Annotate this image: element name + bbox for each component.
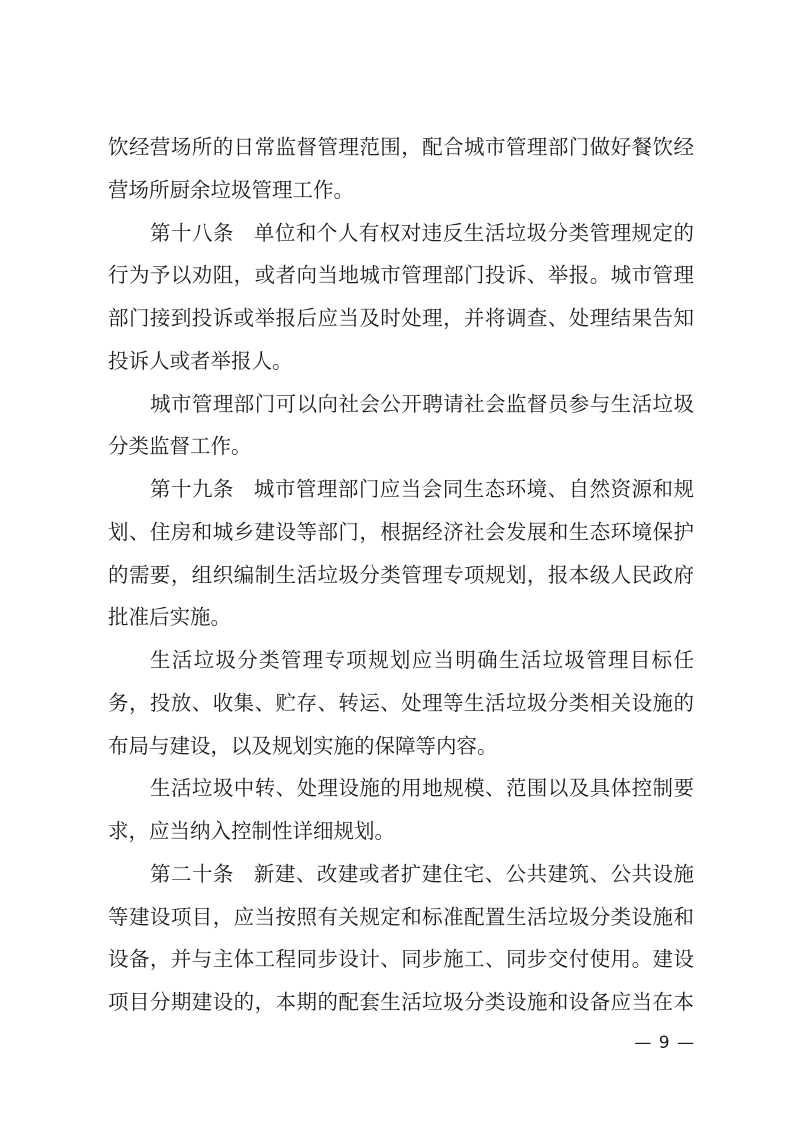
text-line: 饮经营场所的日常监督管理范围，配合城市管理部门做好餐饮经 xyxy=(108,126,694,169)
document-page: 饮经营场所的日常监督管理范围，配合城市管理部门做好餐饮经 营场所厨余垃圾管理工作… xyxy=(0,0,793,1122)
article-20-first-line: 第二十条新建、改建或者扩建住宅、公共建筑、公共设施 xyxy=(108,853,694,896)
text-line: 项目分期建设的，本期的配套生活垃圾分类设施和设备应当在本 xyxy=(108,981,694,1024)
text-line: 的需要，组织编制生活垃圾分类管理专项规划，报本级人民政府 xyxy=(108,554,694,597)
text-line: 部门接到投诉或举报后应当及时处理，并将调查、处理结果告知 xyxy=(108,297,694,340)
text-line: 务，投放、收集、贮存、转运、处理等生活垃圾分类相关设施的 xyxy=(108,682,694,725)
article-19-label: 第十九条 xyxy=(150,477,234,501)
text-line: 等建设项目，应当按照有关规定和标准配置生活垃圾分类设施和 xyxy=(108,896,694,939)
text-line: 行为予以劝阻，或者向当地城市管理部门投诉、举报。城市管理 xyxy=(108,254,694,297)
text-line: 设备，并与主体工程同步设计、同步施工、同步交付使用。建设 xyxy=(108,938,694,981)
text-line: 布局与建设，以及规划实施的保障等内容。 xyxy=(108,725,694,768)
text-line: 划、住房和城乡建设等部门，根据经济社会发展和生态环境保护 xyxy=(108,511,694,554)
text-line: 投诉人或者举报人。 xyxy=(108,340,694,383)
text-line: 生活垃圾分类管理专项规划应当明确生活垃圾管理目标任 xyxy=(108,639,694,682)
document-body: 饮经营场所的日常监督管理范围，配合城市管理部门做好餐饮经 营场所厨余垃圾管理工作… xyxy=(108,126,694,1024)
article-20-label: 第二十条 xyxy=(150,862,234,886)
article-18-first-line: 第十八条单位和个人有权对违反生活垃圾分类管理规定的 xyxy=(108,212,694,255)
text-span: 单位和个人有权对违反生活垃圾分类管理规定的 xyxy=(254,221,694,245)
text-span: 城市管理部门应当会同生态环境、自然资源和规 xyxy=(254,477,694,501)
text-line: 生活垃圾中转、处理设施的用地规模、范围以及具体控制要 xyxy=(108,767,694,810)
text-line: 分类监督工作。 xyxy=(108,425,694,468)
article-19-first-line: 第十九条城市管理部门应当会同生态环境、自然资源和规 xyxy=(108,468,694,511)
text-line: 求，应当纳入控制性详细规划。 xyxy=(108,810,694,853)
text-line: 批准后实施。 xyxy=(108,596,694,639)
text-line: 营场所厨余垃圾管理工作。 xyxy=(108,169,694,212)
text-line: 城市管理部门可以向社会公开聘请社会监督员参与生活垃圾 xyxy=(108,383,694,426)
page-number: — 9 — xyxy=(634,1031,695,1055)
article-18-label: 第十八条 xyxy=(150,221,234,245)
text-span: 新建、改建或者扩建住宅、公共建筑、公共设施 xyxy=(254,862,694,886)
